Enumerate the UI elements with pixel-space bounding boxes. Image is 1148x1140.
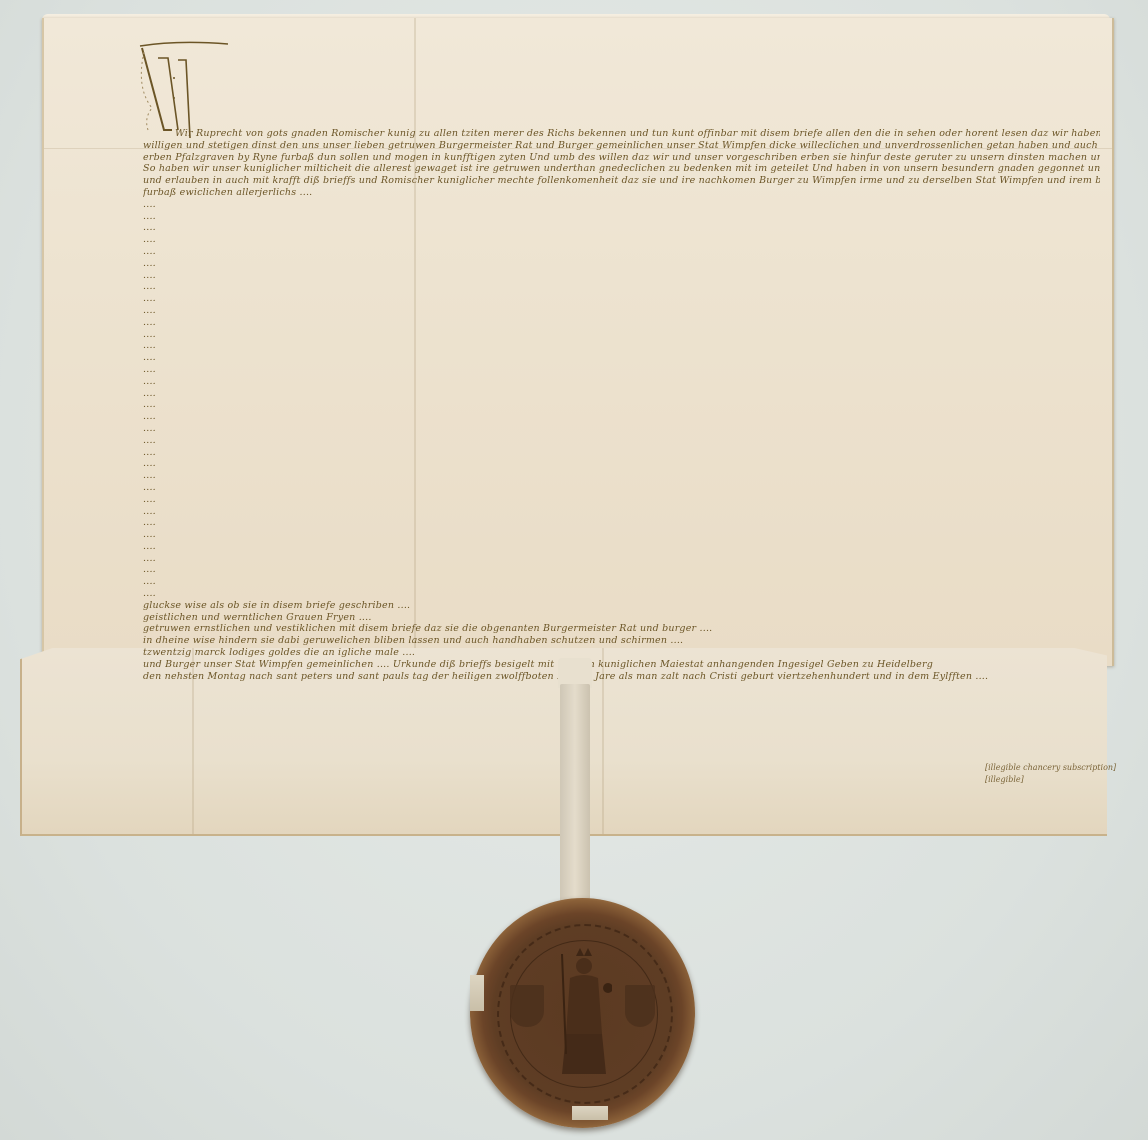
text-line: .... [143, 281, 1100, 293]
text-line: tzwentzig marck lodiges goldes die an ig… [143, 647, 1100, 659]
enthroned-king-icon [556, 944, 612, 1084]
text-line: .... [143, 482, 1100, 494]
text-line: .... [143, 423, 1100, 435]
text-line: .... [143, 388, 1100, 400]
text-line: .... [143, 199, 1100, 211]
text-line: .... [143, 364, 1100, 376]
text-line: .... [143, 458, 1100, 470]
seal-wrapping-strap [572, 1106, 608, 1120]
text-line: .... [143, 517, 1100, 529]
chancery-subscription: [illegible chancery subscription] [illeg… [985, 762, 1116, 786]
text-line: .... [143, 494, 1100, 506]
seal-wrapping-strap [470, 975, 484, 1011]
subscription-line: [illegible] [985, 774, 1116, 786]
text-line: geistlichen und werntlichen Grauen Fryen… [143, 612, 1100, 624]
text-line: .... [143, 506, 1100, 518]
heraldic-shield-icon [510, 985, 544, 1027]
text-line: .... [143, 399, 1100, 411]
text-line: Wir Ruprecht von gots gnaden Romischer k… [175, 128, 1100, 140]
text-line: .... [143, 352, 1100, 364]
text-line: .... [143, 211, 1100, 223]
text-line: .... [143, 564, 1100, 576]
text-line: So haben wir unser kuniglicher miltichei… [143, 163, 1100, 175]
text-line: .... [143, 234, 1100, 246]
text-line: .... [143, 541, 1100, 553]
text-line: .... [143, 317, 1100, 329]
text-line: .... [143, 588, 1100, 600]
charter-text: Wir Ruprecht von gots gnaden Romischer k… [175, 128, 1100, 682]
text-line: willigen und stetigen dinst den uns unse… [143, 140, 1100, 152]
text-line: .... [143, 222, 1100, 234]
text-line: .... [143, 553, 1100, 565]
text-line: getruwen ernstlichen und vestiklichen mi… [143, 623, 1100, 635]
text-line: in dheine wise hindern sie dabi geruweli… [143, 635, 1100, 647]
text-line: gluckse wise als ob sie in disem briefe … [143, 600, 1100, 612]
text-line: .... [143, 270, 1100, 282]
text-line: .... [143, 411, 1100, 423]
text-line: .... [143, 529, 1100, 541]
text-line: erben Pfalzgraven by Ryne furbaß dun sol… [143, 152, 1100, 164]
text-line: .... [143, 340, 1100, 352]
text-line: .... [143, 435, 1100, 447]
text-line: den nehsten Montag nach sant peters und … [143, 671, 1100, 683]
text-line: .... [143, 376, 1100, 388]
text-line: und Burger unser Stat Wimpfen gemeinlich… [143, 659, 1100, 671]
text-line: furbaß ewiclichen allerjerlichs .... [143, 187, 1100, 199]
text-line: .... [143, 576, 1100, 588]
heraldic-shield-icon [625, 985, 655, 1027]
text-line: .... [143, 258, 1100, 270]
text-line: .... [143, 293, 1100, 305]
text-line: und erlauben in auch mit krafft diß brie… [143, 175, 1100, 187]
text-line: .... [143, 470, 1100, 482]
subscription-line: [illegible chancery subscription] [985, 762, 1116, 774]
text-line: .... [143, 329, 1100, 341]
seal-parchment-tag [560, 684, 590, 914]
text-line: .... [143, 246, 1100, 258]
text-line: .... [143, 447, 1100, 459]
text-line: .... [143, 305, 1100, 317]
